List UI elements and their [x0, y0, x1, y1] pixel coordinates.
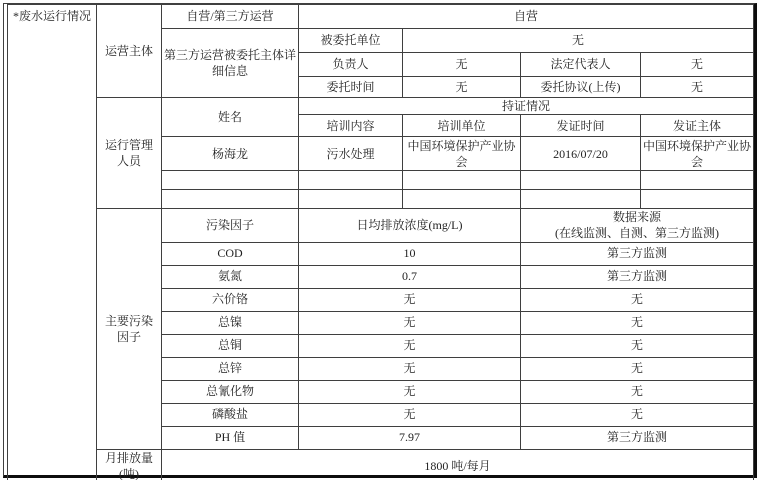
table-row: 月排放量(吨) 1800 吨/每月	[8, 449, 754, 480]
operator-mode-value: 自营	[299, 5, 754, 29]
entrust-time-label: 委托时间	[299, 77, 403, 98]
data-source-header-line1: 数据来源	[523, 209, 751, 225]
source-cell: 无	[521, 311, 754, 334]
daily-concentration-header: 日均排放浓度(mg/L)	[299, 209, 521, 242]
data-source-header: 数据来源 (在线监测、自测、第三方监测)	[521, 209, 754, 242]
issuer-header: 发证主体	[641, 115, 754, 137]
personnel-name-cell	[162, 190, 299, 209]
principal-label: 负责人	[299, 53, 403, 77]
entrust-time-value: 无	[403, 77, 521, 98]
source-cell: 无	[521, 380, 754, 403]
source-cell: 第三方监测	[521, 265, 754, 288]
operator-section-label: 运营主体	[97, 5, 162, 98]
factor-cell: 总镍	[162, 311, 299, 334]
factor-cell: 总氰化物	[162, 380, 299, 403]
source-cell: 无	[521, 334, 754, 357]
wastewater-operation-table: *废水运行情况 运营主体 自营/第三方运营 自营 第三方运营被委托主体详细信息 …	[7, 4, 754, 480]
source-cell: 无	[521, 288, 754, 311]
training-content-cell	[299, 190, 403, 209]
monthly-discharge-label: 月排放量(吨)	[97, 449, 162, 480]
principal-value: 无	[403, 53, 521, 77]
table-row: 运行管理人员 姓名 持证情况	[8, 98, 754, 115]
entrusted-unit-value: 无	[403, 29, 754, 53]
factor-cell: PH 值	[162, 426, 299, 449]
factor-cell: 总锌	[162, 357, 299, 380]
agreement-value: 无	[641, 77, 754, 98]
factor-cell: 氨氮	[162, 265, 299, 288]
source-cell: 第三方监测	[521, 426, 754, 449]
operator-mode-label: 自营/第三方运营	[162, 5, 299, 29]
concentration-cell: 无	[299, 380, 521, 403]
factor-cell: COD	[162, 242, 299, 265]
concentration-cell: 7.97	[299, 426, 521, 449]
pollutant-factor-header: 污染因子	[162, 209, 299, 242]
issuer-cell	[641, 190, 754, 209]
personnel-section-label: 运行管理人员	[97, 98, 162, 209]
agreement-label: 委托协议(上传)	[521, 77, 641, 98]
training-org-header: 培训单位	[403, 115, 521, 137]
factor-cell: 总铜	[162, 334, 299, 357]
training-content-header: 培训内容	[299, 115, 403, 137]
issuer-cell	[641, 171, 754, 190]
legal-rep-value: 无	[641, 53, 754, 77]
issue-date-cell	[521, 171, 641, 190]
monthly-discharge-value: 1800 吨/每月	[162, 449, 754, 480]
training-org-cell: 中国环境保护产业协会	[403, 137, 521, 171]
issue-date-header: 发证时间	[521, 115, 641, 137]
table-row: *废水运行情况 运营主体 自营/第三方运营 自营	[8, 5, 754, 29]
training-org-cell	[403, 171, 521, 190]
legal-rep-label: 法定代表人	[521, 53, 641, 77]
report-table-frame: *废水运行情况 运营主体 自营/第三方运营 自营 第三方运营被委托主体详细信息 …	[3, 3, 757, 478]
certificate-status-header: 持证情况	[299, 98, 754, 115]
table-row: 主要污染因子 污染因子 日均排放浓度(mg/L) 数据来源 (在线监测、自测、第…	[8, 209, 754, 242]
entrusted-unit-label: 被委托单位	[299, 29, 403, 53]
data-source-header-line2: (在线监测、自测、第三方监测)	[523, 225, 751, 241]
issuer-cell: 中国环境保护产业协会	[641, 137, 754, 171]
concentration-cell: 无	[299, 334, 521, 357]
personnel-name-cell	[162, 171, 299, 190]
concentration-cell: 10	[299, 242, 521, 265]
training-org-cell	[403, 190, 521, 209]
training-content-cell	[299, 171, 403, 190]
factor-cell: 磷酸盐	[162, 403, 299, 426]
source-cell: 第三方监测	[521, 242, 754, 265]
source-cell: 无	[521, 357, 754, 380]
factor-cell: 六价铬	[162, 288, 299, 311]
personnel-name-header: 姓名	[162, 98, 299, 137]
training-content-cell: 污水处理	[299, 137, 403, 171]
concentration-cell: 无	[299, 357, 521, 380]
personnel-name-cell: 杨海龙	[162, 137, 299, 171]
operator-detail-label: 第三方运营被委托主体详细信息	[162, 29, 299, 98]
issue-date-cell: 2016/07/20	[521, 137, 641, 171]
row-label-wastewater-operation: *废水运行情况	[8, 5, 97, 480]
concentration-cell: 无	[299, 311, 521, 334]
source-cell: 无	[521, 403, 754, 426]
concentration-cell: 无	[299, 288, 521, 311]
issue-date-cell	[521, 190, 641, 209]
concentration-cell: 0.7	[299, 265, 521, 288]
pollutant-section-label: 主要污染因子	[97, 209, 162, 449]
concentration-cell: 无	[299, 403, 521, 426]
